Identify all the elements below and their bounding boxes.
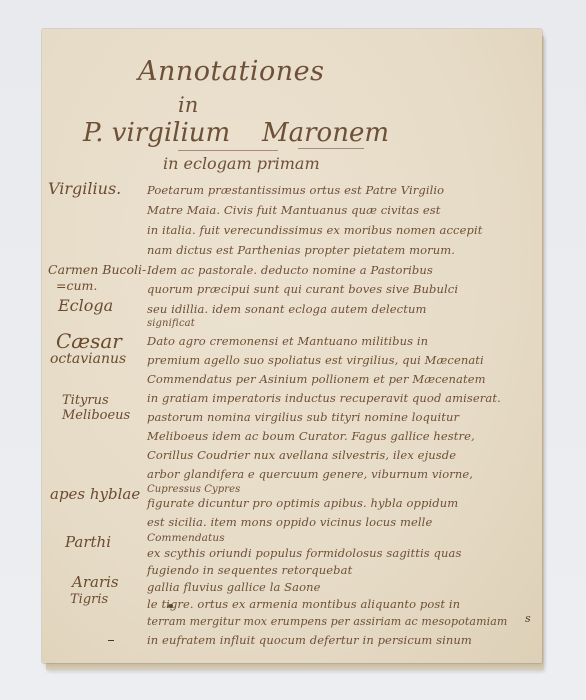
body-line: Dato agro cremonensi et Mantuano militib…	[147, 334, 428, 348]
ink-blot	[168, 604, 173, 608]
margin-note-apes-hyblae: apes hyblae	[50, 487, 130, 502]
body-line: in italia. fuit verecundissimus ex morib…	[147, 223, 482, 237]
heading-title: Annotationes	[138, 56, 324, 87]
body-line: fugiendo in sequentes retorquebat	[147, 563, 352, 577]
margin-note-parthi: Parthi	[65, 535, 145, 550]
body-line: Meliboeus idem ac boum Curator. Fagus ga…	[147, 429, 475, 443]
body-line: seu idillia. idem sonant ecloga autem de…	[147, 302, 426, 316]
heading-author-first: P. virgilium	[83, 118, 230, 148]
body-line: in gratiam imperatoris inductus recupera…	[147, 391, 501, 405]
page-mark: s	[525, 612, 531, 625]
heading-author-last: Maronem	[262, 118, 389, 148]
body-line: Matre Maia. Civis fuit Mantuanus quæ civ…	[147, 203, 441, 217]
margin-note-tigris: Tigris	[70, 592, 150, 607]
body-line: significat	[147, 318, 195, 329]
body-line: arbor glandifera e quercuum genere, vibu…	[147, 467, 473, 481]
margin-note-tityrus: Tityrus	[62, 393, 142, 408]
body-line: Commendatus	[147, 532, 225, 544]
margin-note-carmen-bucolicum: Carmen Bucoli-	[48, 262, 128, 277]
body-line: nam dictus est Parthenias propter pietat…	[147, 243, 455, 257]
margin-note-caesar: Cæsar	[56, 331, 136, 351]
body-line: Commendatus per Asinium pollionem et per…	[147, 372, 486, 386]
heading-in: in	[178, 93, 198, 117]
body-line: in eufratem influit quocum defertur in p…	[147, 633, 472, 647]
body-line: terram mergitur mox erumpens per assiria…	[147, 615, 507, 628]
body-line: est sicilia. item mons oppido vicinus lo…	[147, 515, 432, 529]
body-line: Corillus Coudrier nux avellana silvestri…	[147, 448, 456, 462]
heading-underline-left	[178, 150, 278, 151]
body-line: Idem ac pastorale. deducto nomine a Past…	[147, 263, 433, 277]
body-line: ex scythis oriundi populus formidolosus …	[147, 546, 461, 560]
body-line: Poetarum præstantissimus ortus est Patre…	[147, 183, 444, 197]
ink-mark	[108, 640, 114, 641]
margin-note-meliboeus: Meliboeus	[62, 408, 142, 423]
body-line: Cupressus Cypres	[147, 484, 240, 495]
margin-note-ecloga: Ecloga	[58, 298, 138, 313]
margin-note-octavianus: octavianus	[50, 352, 130, 367]
body-line: figurate dicuntur pro optimis apibus. hy…	[147, 496, 458, 510]
body-line: pastorum nomina virgilius sub tityri nom…	[147, 410, 459, 424]
body-line: le tigre. ortus ex armenia montibus aliq…	[147, 597, 460, 611]
heading-subtitle: in eclogam primam	[163, 154, 320, 173]
margin-note-virgilius: Virgilius.	[48, 181, 128, 196]
heading-underline-right	[298, 148, 364, 149]
body-line: premium agello suo spoliatus est virgili…	[147, 353, 484, 367]
body-line: gallia fluvius gallice la Saone	[147, 580, 321, 594]
margin-note-araris: Araris	[72, 575, 152, 590]
margin-note-carmen-bucolicum-2: =cum.	[56, 278, 136, 293]
body-line: quorum præcipui sunt qui curant boves si…	[147, 282, 458, 296]
